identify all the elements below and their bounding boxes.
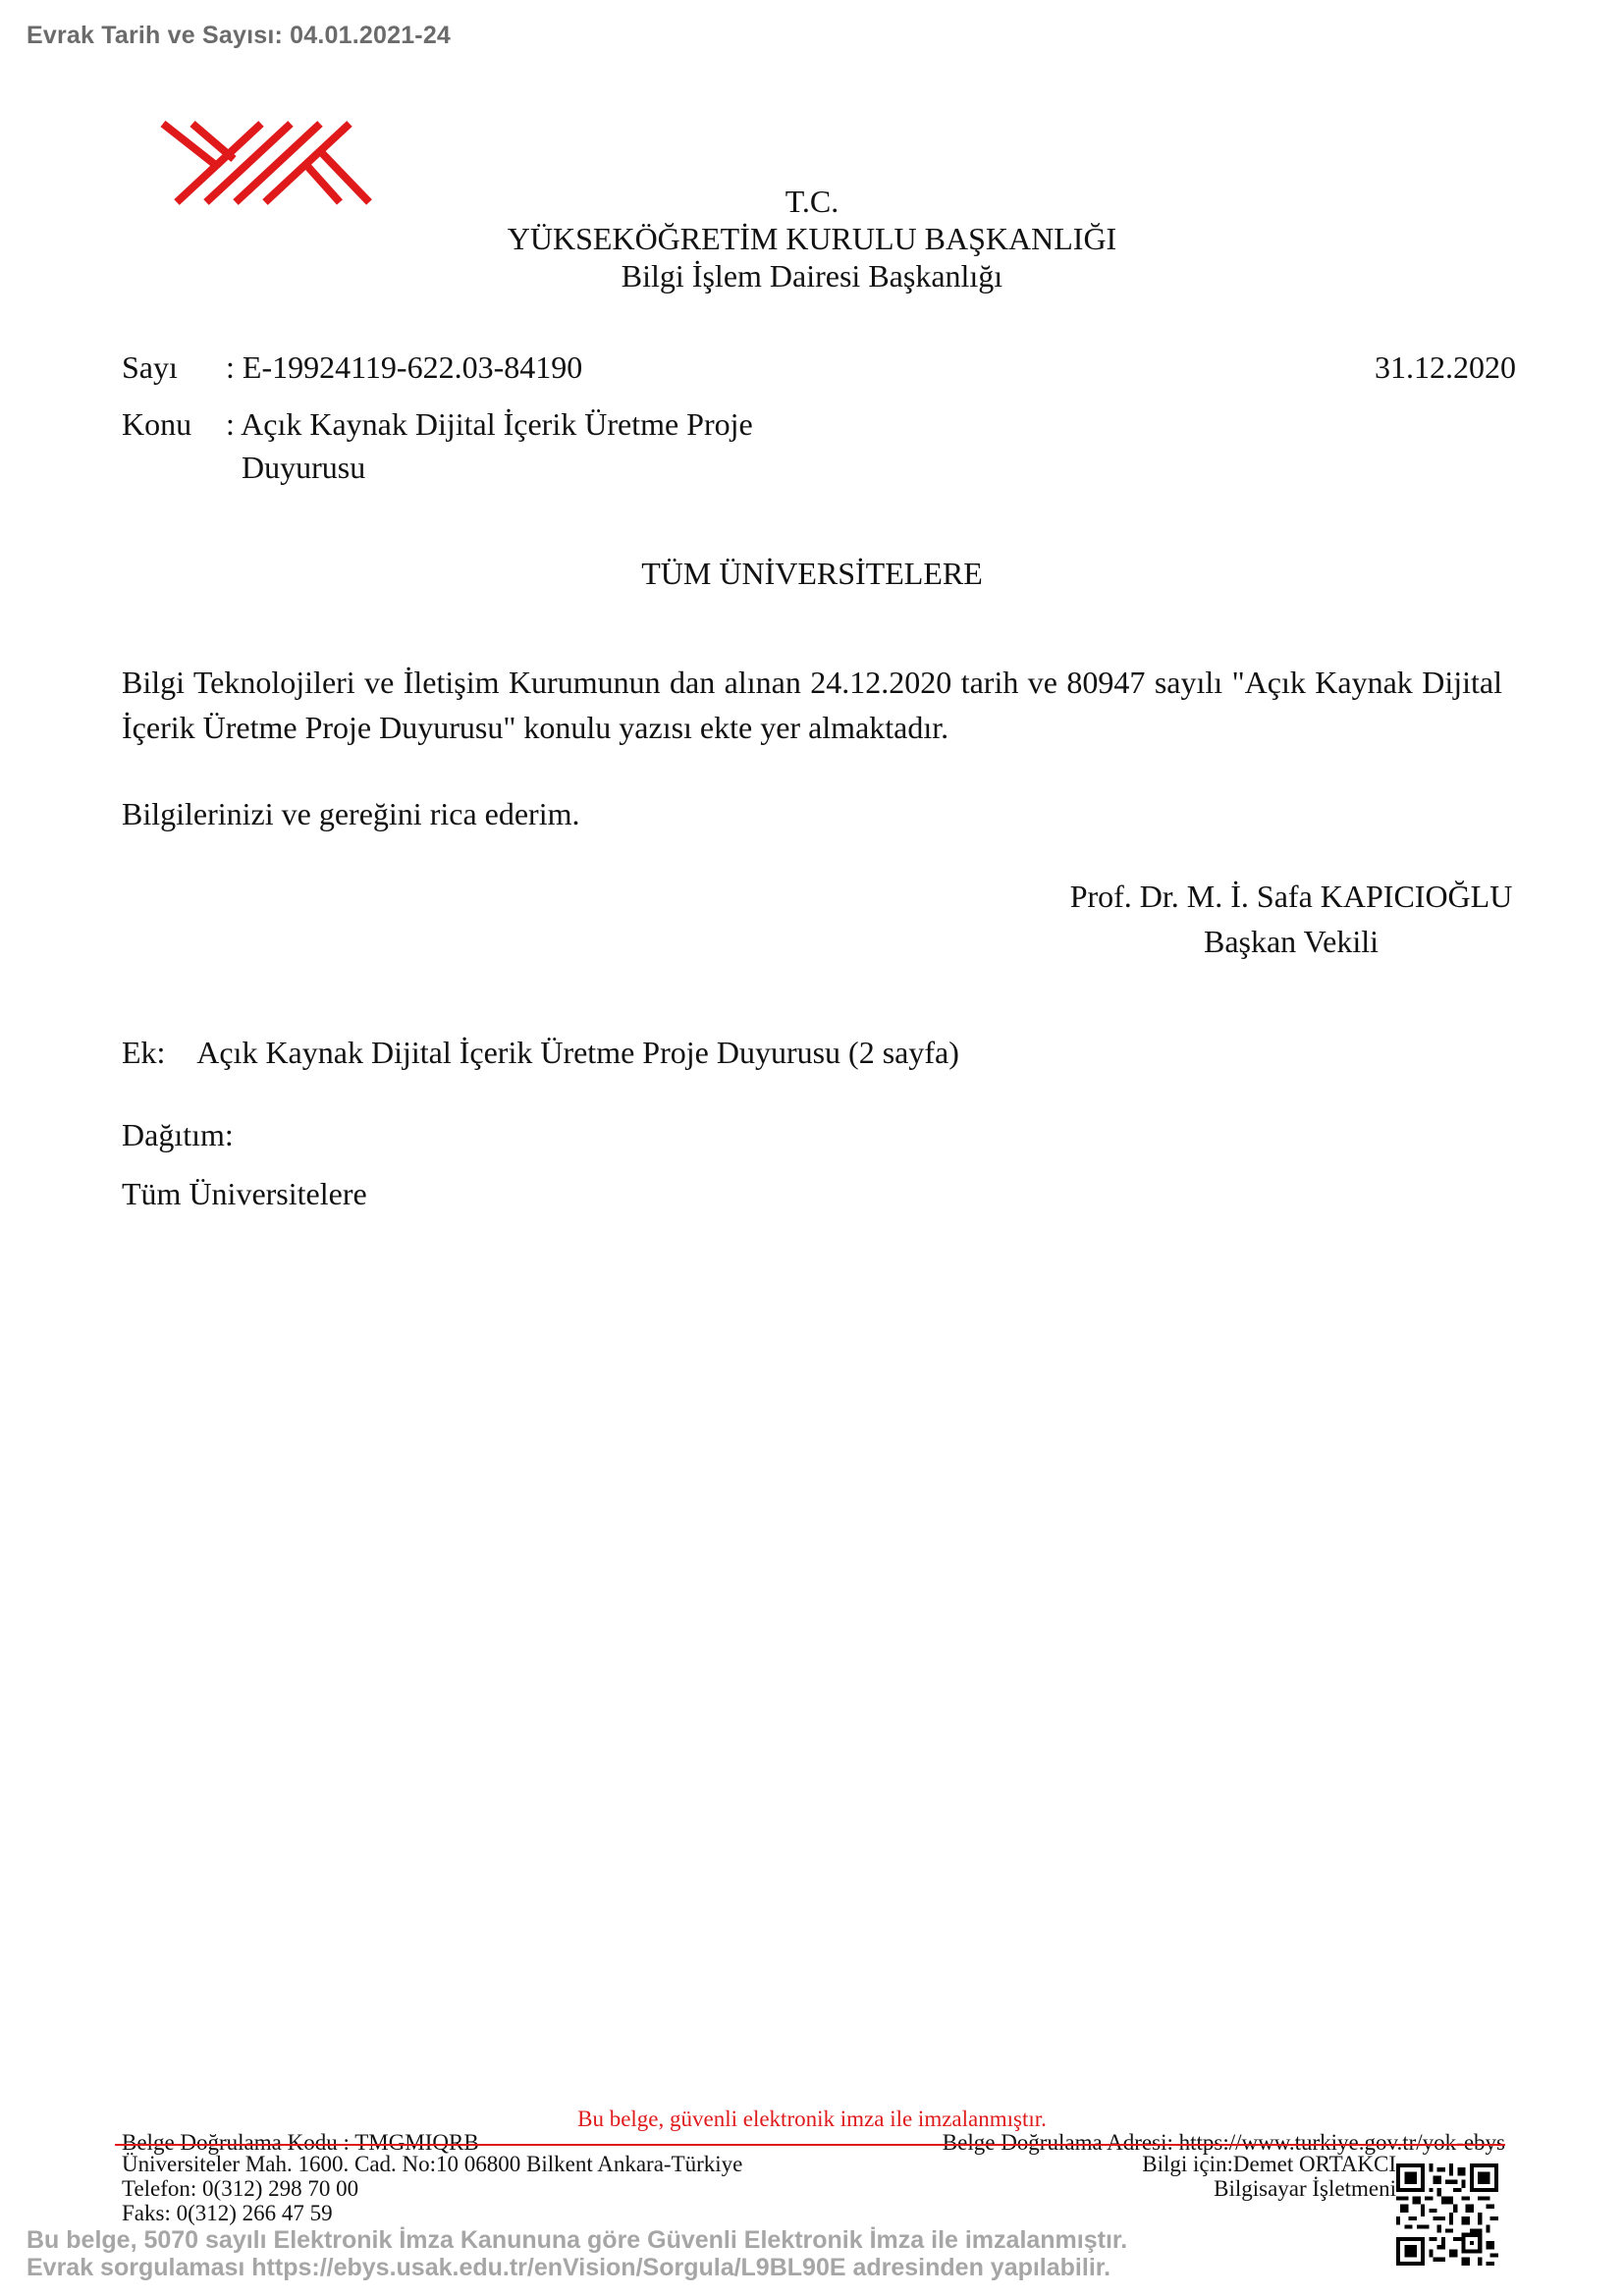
- konu-label: Konu: [122, 402, 191, 446]
- signature-block: Prof. Dr. M. İ. Safa KAPICIOĞLU Başkan V…: [1041, 874, 1542, 964]
- attachment-link[interactable]: Açık Kaynak Dijital İçerik Üretme Proje …: [196, 1035, 959, 1070]
- phone-number: Telefon: 0(312) 298 70 00: [122, 2176, 742, 2201]
- qr-code-icon[interactable]: [1396, 2163, 1498, 2266]
- e-signature-footnote: Bu belge, 5070 sayılı Elektronik İmza Ka…: [27, 2226, 1127, 2281]
- sayi-label: Sayı: [122, 346, 178, 389]
- distribution-label: Dağıtım:: [122, 1117, 234, 1153]
- document-stamp: Evrak Tarih ve Sayısı: 04.01.2021-24: [27, 22, 451, 50]
- postal-address: Üniversiteler Mah. 1600. Cad. No:10 0680…: [122, 2152, 742, 2176]
- signatory-name: Prof. Dr. M. İ. Safa KAPICIOĞLU: [1041, 874, 1542, 919]
- body-paragraph-1: Bilgi Teknolojileri ve İletişim Kurumunu…: [122, 660, 1502, 750]
- attachment-label: Ek:: [122, 1035, 190, 1071]
- letterhead-tc: T.C.: [0, 183, 1624, 220]
- footer-divider: [115, 2144, 1505, 2146]
- contact-address-block: Üniversiteler Mah. 1600. Cad. No:10 0680…: [122, 2152, 742, 2225]
- fax-number: Faks: 0(312) 266 47 59: [122, 2201, 742, 2225]
- info-contact-role: Bilgisayar İşletmeni: [1142, 2176, 1396, 2201]
- signatory-title: Başkan Vekili: [1041, 919, 1542, 964]
- konu-row: Konu : Açık Kaynak Dijital İçerik Üretme…: [0, 402, 1624, 489]
- letterhead-institution: YÜKSEKÖĞRETİM KURULU BAŞKANLIĞI: [0, 220, 1624, 257]
- document-date: 31.12.2020: [1375, 346, 1516, 389]
- footnote-query-url[interactable]: Evrak sorgulaması https://ebys.usak.edu.…: [27, 2254, 1127, 2281]
- info-contact-block: Bilgi için:Demet ORTAKCI Bilgisayar İşle…: [1142, 2152, 1396, 2201]
- konu-value-line1: : Açık Kaynak Dijital İçerik Üretme Proj…: [226, 402, 753, 446]
- signature-verified-notice: Bu belge, güvenli elektronik imza ile im…: [0, 2107, 1624, 2132]
- distribution-value: Tüm Üniversitelere: [122, 1176, 367, 1212]
- attachment-row: Ek: Açık Kaynak Dijital İçerik Üretme Pr…: [122, 1035, 959, 1071]
- recipient-title: TÜM ÜNİVERSİTELERE: [0, 556, 1624, 592]
- body-paragraph-2: Bilgilerinizi ve gereğini rica ederim.: [122, 791, 1502, 836]
- konu-value-line2: Duyurusu: [242, 446, 365, 489]
- letterhead-department: Bilgi İşlem Dairesi Başkanlığı: [0, 257, 1624, 294]
- letterhead: T.C. YÜKSEKÖĞRETİM KURULU BAŞKANLIĞI Bil…: [0, 183, 1624, 294]
- info-contact-name: Bilgi için:Demet ORTAKCI: [1142, 2152, 1396, 2176]
- sayi-value: : E-19924119-622.03-84190: [226, 346, 582, 389]
- footnote-law-notice: Bu belge, 5070 sayılı Elektronik İmza Ka…: [27, 2226, 1127, 2254]
